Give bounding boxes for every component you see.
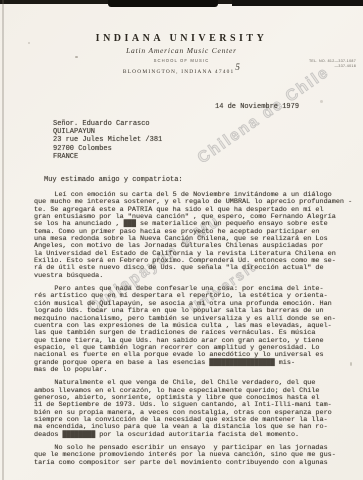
letterhead-university: INDIANA UNIVERSITY: [0, 33, 363, 44]
salutation: Muy estimado amigo y compatriota:: [44, 176, 183, 184]
handwritten-zip-annotation: 5: [235, 62, 241, 72]
scan-edge-right: [232, 0, 363, 6]
archive-watermark: Chilena de Chile: [195, 64, 333, 168]
paragraph-3: Naturalmente el que venga de Chile, del …: [34, 380, 358, 439]
paragraph-1: Leí con emoción su carta del 5 de Noviem…: [34, 192, 358, 280]
recipient-address-block: Señor. Eduardo Carrasco QUILAPAYUN 23 ru…: [53, 120, 162, 161]
scanned-letter-page: Chilena de Chile Quilapayún e Mu Univers…: [0, 0, 363, 480]
letter-date: 14 de Noviembre 1979: [215, 103, 299, 111]
letterhead-center-name: Latin American Music Center: [0, 46, 363, 55]
scan-edge-blob: [108, 0, 218, 7]
telephone-line-2: —337-4018: [309, 64, 356, 69]
paragraph-4: No solo he pensado escribir un ensayo y …: [34, 445, 358, 467]
letterhead-telephone: TEL. NO. 812—337-1087 —337-4018: [309, 59, 356, 69]
scan-speck: [320, 100, 323, 103]
paragraph-2: Pero antes que nada debe confesarle una …: [34, 286, 358, 374]
letter-body: Leí con emoción su carta del 5 de Noviem…: [34, 192, 358, 473]
letterhead-city-text: BLOOMINGTON, INDIANA 47401: [123, 69, 235, 75]
